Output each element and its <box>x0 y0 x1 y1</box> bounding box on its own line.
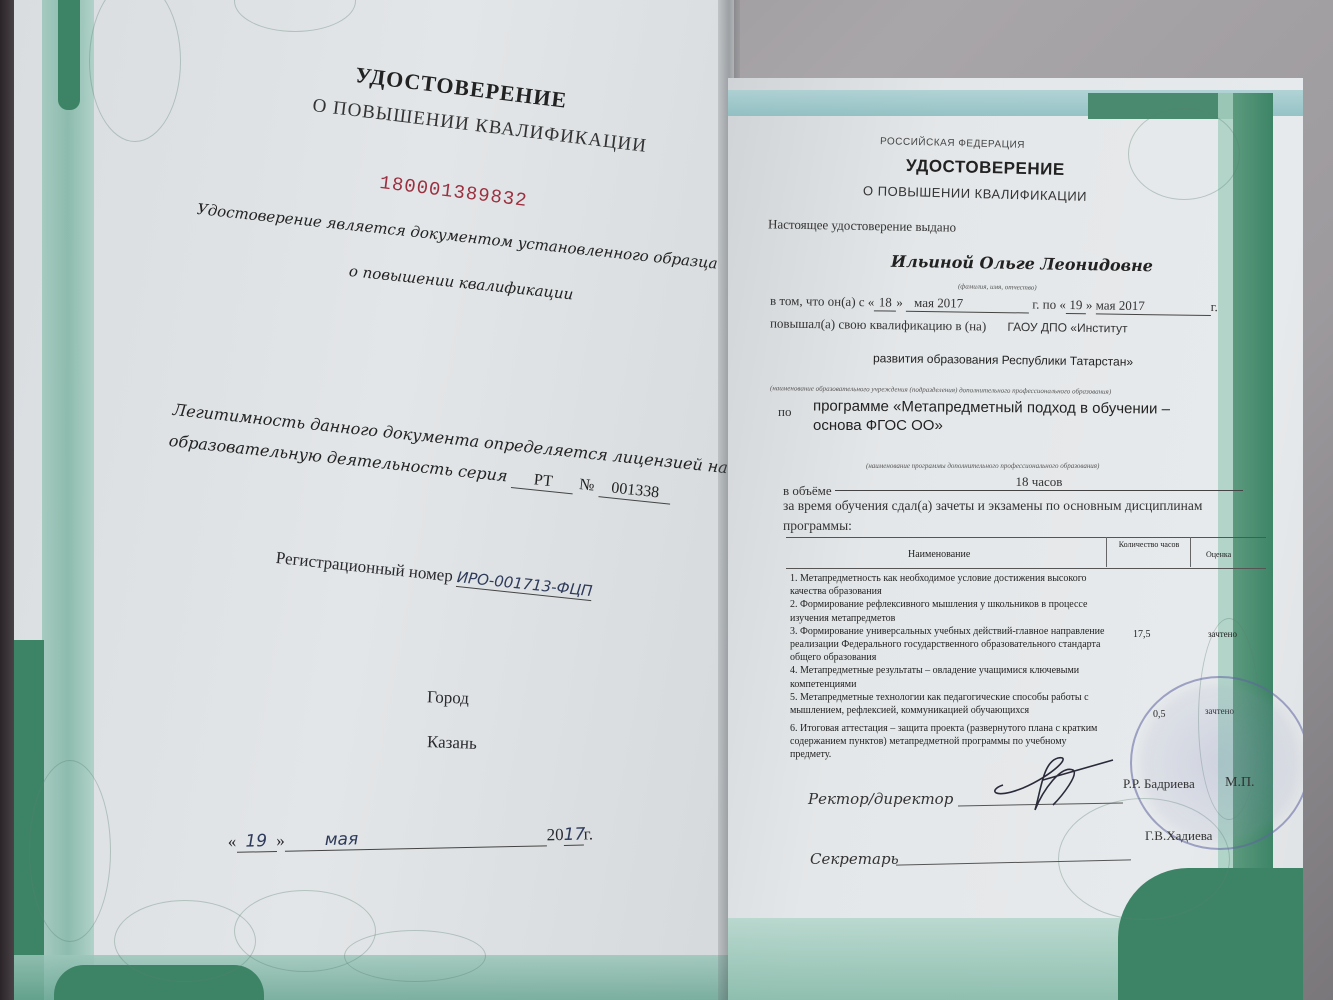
rector-signature <box>983 750 1123 820</box>
end-month-year: мая 2017 <box>1096 297 1211 316</box>
guilloche-pattern <box>234 0 356 32</box>
quote-open: « <box>228 832 237 851</box>
secretary-label: Секретарь <box>810 850 899 868</box>
program-line-2: основа ФГОС ОО» <box>813 417 943 434</box>
certificate-right-page: РОССИЙСКАЯ ФЕДЕРАЦИЯ УДОСТОВЕРЕНИЕ О ПОВ… <box>728 78 1303 1000</box>
city-label: Город <box>427 687 470 708</box>
stamp-label: М.П. <box>1225 775 1255 791</box>
qualified-label: повышал(а) свою квалификацию в (на) <box>770 316 986 334</box>
statement-line-1: Удостоверение является документом устано… <box>196 200 718 273</box>
institution-line-2: развития образования Республики Татарста… <box>873 351 1133 369</box>
license-series: РТ <box>511 469 575 494</box>
certificate-left-page: УДОСТОВЕРЕНИЕ О ПОВЫШЕНИИ КВАЛИФИКАЦИИ 1… <box>14 0 734 1000</box>
table-row-1-hours: 17,5 <box>1133 628 1151 641</box>
guilloche-pattern <box>344 930 486 982</box>
certificate-subtitle: О ПОВЫШЕНИИ КВАЛИФИКАЦИИ <box>863 183 1087 204</box>
country-label: РОССИЙСКАЯ ФЕДЕРАЦИЯ <box>880 136 1025 151</box>
table-row-1-grade: зачтено <box>1208 628 1237 641</box>
start-day: 18 <box>874 294 896 311</box>
registration-label: Регистрационный номер <box>275 548 454 585</box>
program-prefix: по <box>778 404 791 420</box>
date-year-prefix: 20 <box>546 825 563 844</box>
end-day: 19 <box>1066 297 1086 314</box>
issue-date: «19»мая2017г. <box>228 824 594 853</box>
program-caption: (наименование программы дополнительного … <box>866 462 1099 470</box>
rector-label: Ректор/директор <box>808 790 953 808</box>
exams-line-1: за время обучения сдал(а) зачеты и экзам… <box>783 498 1202 514</box>
guilloche-pattern <box>89 0 181 142</box>
period-suffix: г. <box>1211 299 1218 314</box>
period-row: в том, что он(а) с «18» мая 2017 г. по «… <box>770 293 1218 316</box>
issued-to-label: Настоящее удостоверение выдано <box>768 216 956 235</box>
registration-number: ИРО-001713-ФЦП <box>456 568 593 601</box>
date-year-suffix: 17 <box>563 825 583 846</box>
certificate-subtitle: О ПОВЫШЕНИИ КВАЛИФИКАЦИИ <box>311 95 648 158</box>
license-number-label: № <box>578 476 595 495</box>
guilloche-pattern <box>29 760 111 942</box>
table-header-hours: Количество часов <box>1111 540 1187 550</box>
period-middle: г. по « <box>1032 297 1066 312</box>
date-day: 19 <box>236 831 276 853</box>
exams-line-2: программы: <box>783 518 852 534</box>
period-prefix: в том, что он(а) с « <box>770 293 875 309</box>
table-divider <box>1190 537 1191 567</box>
institution-line-1: ГАОУ ДПО «Институт <box>1007 320 1127 336</box>
table-row-1-name: 1. Метапредметность как необходимое усло… <box>790 572 1110 717</box>
program-line-1: программе «Метапредметный подход в обуче… <box>813 397 1170 417</box>
rector-name: Р.Р. Бадриева <box>1123 776 1195 792</box>
date-year-unit: г. <box>583 824 593 843</box>
table-divider <box>1106 537 1107 567</box>
table-header-rule <box>786 568 1266 569</box>
qualified-row: повышал(а) свою квалификацию в (на) ГАОУ… <box>770 316 1128 337</box>
volume-value: 18 часов <box>835 474 1243 491</box>
certificate-title: УДОСТОВЕРЕНИЕ <box>906 156 1065 180</box>
statement-line-2: о повышении квалификации <box>348 262 574 303</box>
guilloche-pattern <box>114 900 256 982</box>
table-header-grade: Оценка <box>1206 548 1231 561</box>
license-number: 001338 <box>598 478 672 504</box>
official-stamp <box>1130 676 1303 850</box>
recipient-name: Ильиной Ольге Леонидовне <box>891 252 1153 276</box>
registration-row: Регистрационный номер ИРО-001713-ФЦП <box>275 548 593 601</box>
border-ornament-corner <box>58 0 80 110</box>
guilloche-pattern <box>1128 108 1240 200</box>
date-month: мая <box>285 825 547 851</box>
city-name: Казань <box>427 732 477 754</box>
start-month-year: мая 2017 <box>906 295 1029 314</box>
secretary-name: Г.В.Хадиева <box>1145 828 1212 844</box>
table-top-rule <box>786 537 1266 538</box>
serial-number: 180001389832 <box>378 172 528 212</box>
institution-caption: (наименование образовательного учреждени… <box>770 384 1111 396</box>
table-header-name: Наименование <box>908 548 970 561</box>
name-caption: (фамилия, имя, отчество) <box>958 282 1037 291</box>
volume-label: в объёме <box>783 483 832 498</box>
